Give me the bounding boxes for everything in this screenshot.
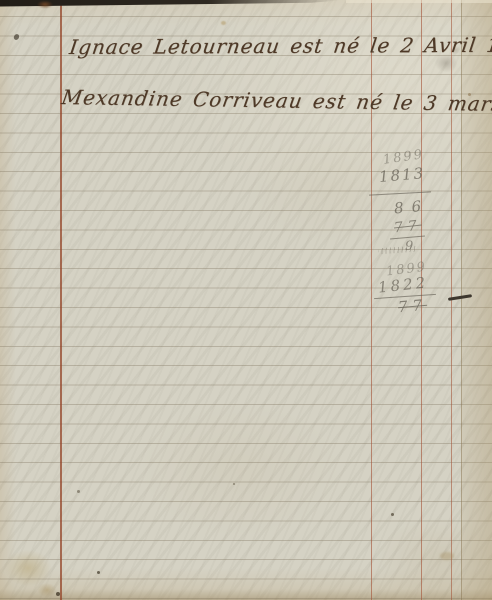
manuscript-line-2: Mexandine Corriveau est né le 3 mars 182… [60, 85, 492, 117]
pencil-block1-subtrahend: 1813 [378, 164, 426, 186]
left-margin-line [60, 0, 62, 600]
paper-speck [468, 93, 471, 96]
paper-speck [97, 571, 100, 574]
paper-speck [56, 592, 60, 596]
paper-speck [221, 21, 226, 25]
paper-speck [391, 513, 394, 516]
paper-stain [440, 552, 454, 560]
paper-speck [13, 33, 20, 41]
page-edge-top-right [346, 0, 492, 3]
paper-speck [77, 490, 80, 493]
pencil-block2-difference: 77 [397, 296, 428, 316]
ink-blot-top [36, 0, 54, 9]
register-page: Ignace Letourneau est né le 2 Avril 1813… [0, 0, 492, 600]
pencil-block1-second-minuend: 77 [393, 218, 422, 237]
page-edge-right [461, 0, 492, 600]
paper-speck [233, 483, 235, 485]
manuscript-line-1: Ignace Letourneau est né le 2 Avril 1813 [68, 33, 492, 59]
pencil-block1-difference: 86 [393, 197, 430, 218]
